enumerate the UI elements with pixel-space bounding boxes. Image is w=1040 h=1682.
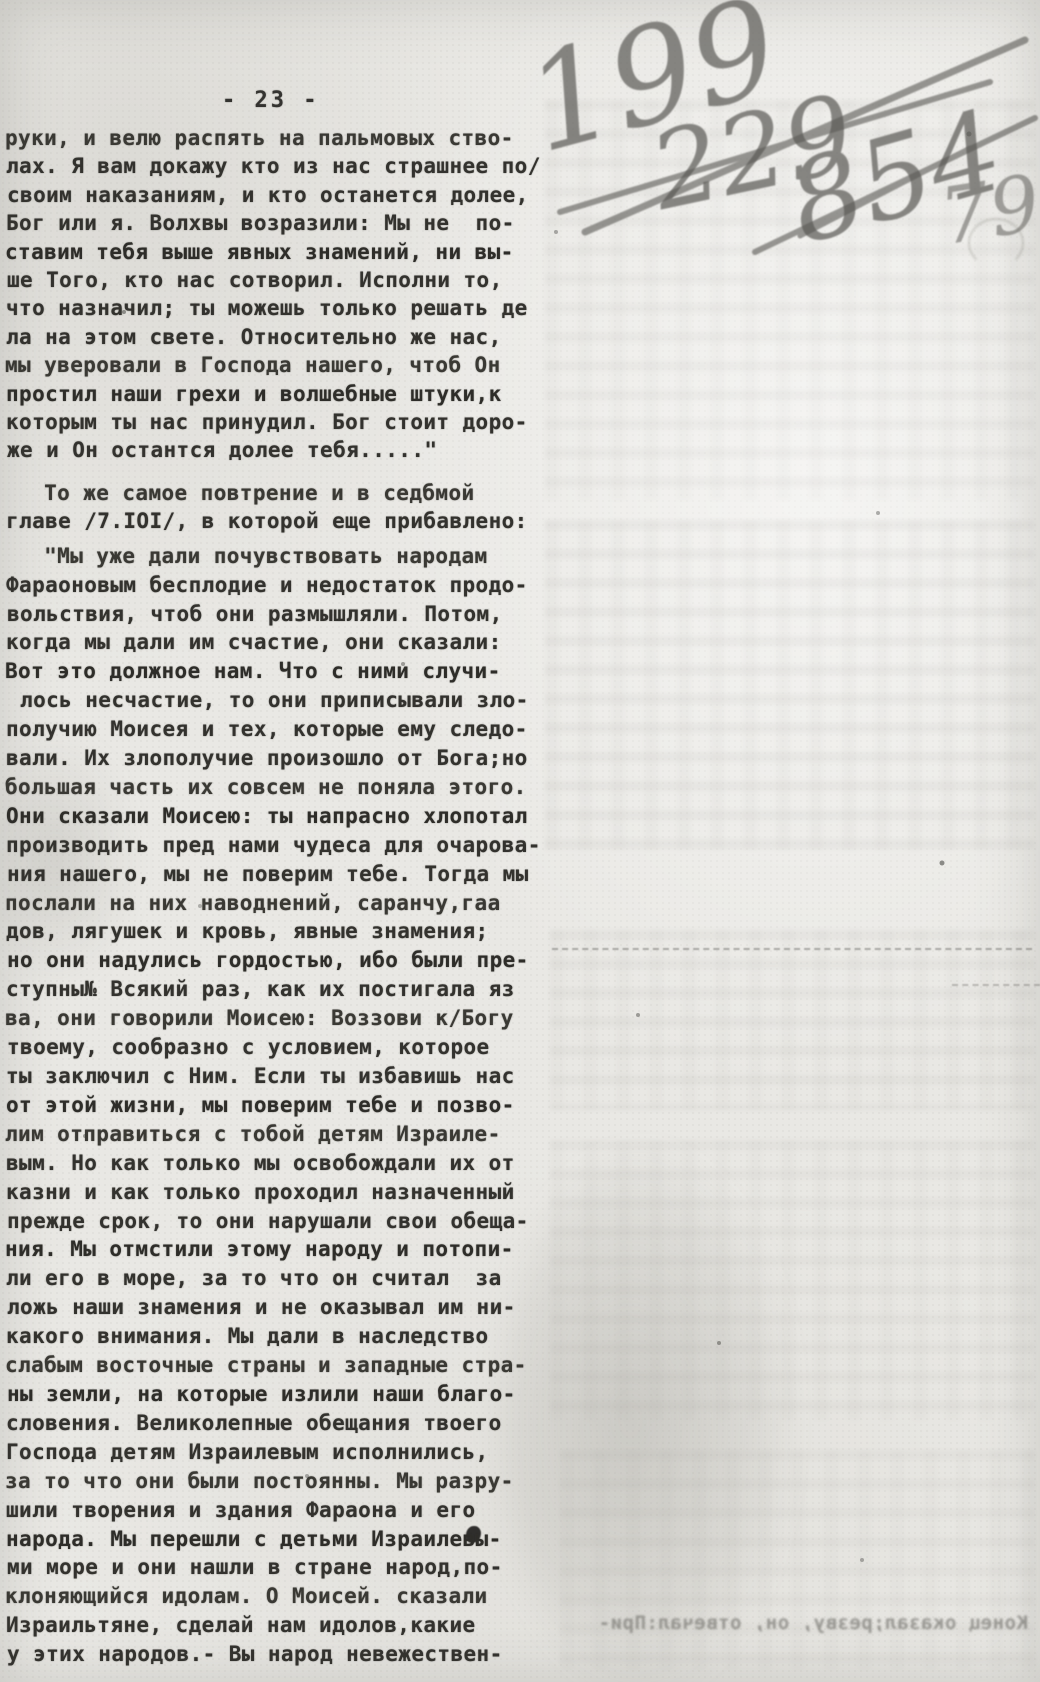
typewritten-line: ставим тебя выше явных знамений, ни вы- <box>5 238 550 266</box>
typewritten-line: ступны№ Всякий раз, как их постигала яз <box>6 975 551 1004</box>
typewritten-line: дов, лягушек и кровь, явные знамения; <box>6 917 551 946</box>
typewritten-line: ты заключил с Ним. Если ты избавишь нас <box>6 1062 551 1091</box>
typewritten-line: "Мы уже дали почувствовать народам <box>5 542 550 571</box>
typewritten-line: ния нашего, мы не поверим тебе. Тогда мы <box>7 860 552 889</box>
bleedthrough-texture <box>550 930 1035 1110</box>
typewritten-line: Господа детям Израилевым исполнились, <box>6 1438 551 1467</box>
typewritten-line: простил наши грехи и волшебные штуки,к <box>6 380 551 408</box>
typewritten-line: производить пред нами чудеса для очарова… <box>6 831 551 860</box>
typewritten-line: прежде срок, то они нарушали свои обеща- <box>7 1207 552 1236</box>
bleedthrough-texture <box>550 1140 1035 1420</box>
typewritten-line: от этой жизни, мы поверим тебе и позво- <box>6 1091 551 1120</box>
page-number: - 23 - <box>222 88 319 113</box>
typewritten-line: вали. Их злополучие произошло от Бога;но <box>6 744 551 773</box>
typewritten-line: своим наказаниям, и кто останется долее, <box>7 181 552 209</box>
typewritten-line: лось несчастие, то они приписывали зло- <box>7 686 552 715</box>
typewritten-line: То же самое повтрение и в седбмой <box>5 479 550 507</box>
typewritten-line: лим отправиться с тобой детям Израиле- <box>5 1120 550 1149</box>
typewritten-line: ложь наши знамения и не оказывал им ни- <box>7 1293 552 1322</box>
typewritten-line: ва, они говорили Моисею: Воззови к/Богу <box>5 1004 550 1033</box>
typewritten-line: ния. Мы отмстили этому народу и потопи- <box>5 1235 550 1264</box>
pencil-number-79: 79 <box>934 159 1040 263</box>
scanned-document-page: Конец оказал;резву, он, отвечал:При- - 2… <box>0 0 1040 1682</box>
typewritten-line: словения. Великолепные обещания твоего <box>6 1409 551 1438</box>
typewritten-line: Фараоновым бесплодие и недостаток продо- <box>6 571 551 600</box>
typewritten-line: ше Того, кто нас сотворил. Исполни то, <box>7 266 552 294</box>
typewritten-line: ны земли, на которые излили наши благо- <box>7 1380 552 1409</box>
typewritten-text-column: руки, и велю распять на пальмовых ство-л… <box>6 124 551 1669</box>
typewritten-line: слабым восточные страны и западные стра- <box>5 1351 550 1380</box>
typewritten-line: клоняющийся идолам. О Моисей. сказали <box>5 1582 550 1611</box>
typewritten-line: руки, и велю распять на пальмовых ство- <box>5 124 550 152</box>
typewritten-line: когда мы дали им счастие, они сказали: <box>6 628 551 657</box>
typewritten-line: же и Он остантся долее тебя....." <box>7 436 552 464</box>
typewritten-line: лах. Я вам докажу кто из нас страшнее по… <box>6 152 551 180</box>
bleedthrough-dashed-line <box>952 984 1040 986</box>
typewritten-line: которым ты нас принудил. Бог стоит доро- <box>6 408 551 436</box>
typewritten-line: у этих народов.- Вы народ невежествен- <box>7 1640 552 1669</box>
typewritten-line: за то что они были постоянны. Мы разру- <box>5 1467 550 1496</box>
typewritten-line: шили творения и здания Фараона и его <box>6 1496 551 1525</box>
typewritten-line: получию Моисея и тех, которые ему следо- <box>6 715 551 744</box>
bleedthrough-texture <box>545 520 1035 850</box>
typewritten-line: послали на них наводнений, саранчу,гаа <box>5 889 550 918</box>
paragraph: "Мы уже дали почувствовать народамФараон… <box>6 542 551 1669</box>
typewritten-line: Израильтяне, сделай нам идолов,какие <box>6 1611 551 1640</box>
typewritten-line: ла на этом свете. Относительно же нас, <box>6 323 551 351</box>
typewritten-line: мы уверовали в Господа нашего, чтоб Он <box>5 351 550 379</box>
typewritten-line: казни и как только проходил назначенный <box>6 1178 551 1207</box>
typewritten-line: но они надулись гордостью, ибо были пре- <box>7 946 552 975</box>
bleedthrough-mirrored-line: Конец оказал;резву, он, отвечал:При- <box>548 1612 1028 1634</box>
typewritten-line: ми море и они нашли в стране народ,по- <box>7 1553 552 1582</box>
typewritten-line: Бог или я. Волхвы возразили: Мы не по- <box>6 209 551 237</box>
typewritten-line: Вот это должное нам. Что с ними случи- <box>5 657 550 686</box>
paper-speckles <box>0 0 2 2</box>
typewritten-line: народа. Мы перешли с детьми Израилевы- <box>6 1525 551 1554</box>
bleedthrough-dashed-line <box>552 948 1032 950</box>
typewritten-line: вольствия, чтоб они размышляли. Потом, <box>7 600 552 629</box>
typewritten-line: главе /7.IOI/, в которой еще прибавлено: <box>6 507 551 535</box>
typewritten-line: ли его в море, за то что он считал за <box>6 1264 551 1293</box>
bleedthrough-texture <box>560 1450 1035 1670</box>
typewritten-line: вым. Но как только мы освобождали их от <box>6 1149 551 1178</box>
typewritten-line: твоему, сообразно с условием, которое <box>7 1033 552 1062</box>
paragraph: руки, и велю распять на пальмовых ство-л… <box>6 124 551 465</box>
typewritten-line: Они сказали Моисею: ты напрасно хлопотал <box>6 802 551 831</box>
paragraph: То же самое повтрение и в седбмойглаве /… <box>6 479 551 536</box>
typewritten-line: большая часть их совсем не поняла этого. <box>5 773 550 802</box>
typewritten-line: что назначил; ты можешь только решать де <box>6 294 551 322</box>
typewritten-line: какого внимания. Мы дали в наследство <box>6 1322 551 1351</box>
pencil-annotations: 199 229 854 79 <box>500 0 1040 280</box>
